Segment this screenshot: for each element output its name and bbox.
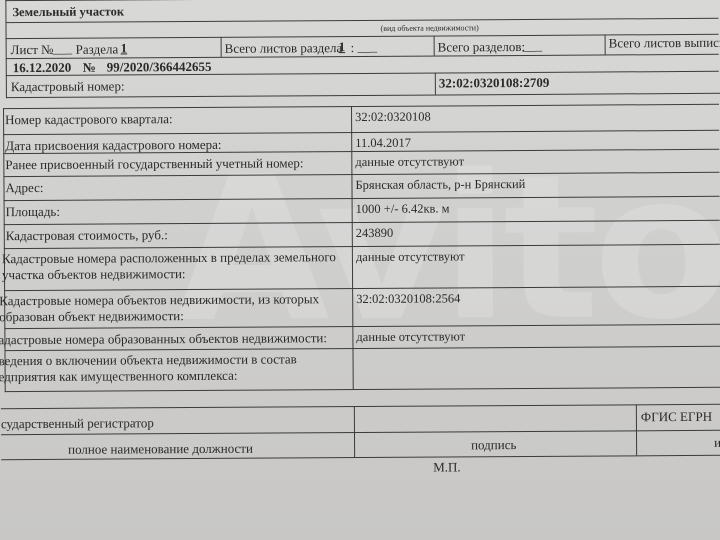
detail-value: данные отсутствуют — [356, 329, 465, 345]
registrar-title: сударственный регистратор — [1, 415, 154, 432]
sheets-in-section-suffix: : — [351, 40, 355, 56]
detail-value: 1000 +/- 6.42кв. м — [356, 201, 450, 217]
total-sheets-label: Всего листов выписк — [609, 35, 720, 52]
sheet-no-value: ___ — [53, 41, 73, 57]
record-number: 99/2020/366442655 — [107, 59, 212, 76]
detail-label: Номер кадастрового квартала: — [5, 111, 173, 128]
detail-label: ведения о включении объекта недвижимости… — [0, 351, 297, 385]
detail-label: адастровые номера образованных объектов … — [0, 330, 327, 348]
system-name: ФГИС ЕГРН — [641, 409, 712, 425]
detail-label-line: участка объектов недвижимости: — [2, 265, 336, 283]
sheet-no-label: Лист № — [11, 42, 54, 58]
object-type: Земельный участок — [12, 4, 124, 20]
total-sections-label: Всего разделов: — [438, 39, 526, 56]
cadastral-number-value: 32:02:0320108:2709 — [439, 75, 550, 92]
detail-value: 243890 — [356, 226, 394, 241]
detail-value: 32:02:0320108:2564 — [356, 291, 460, 307]
detail-label: Кадастровые номера объектов недвижимости… — [0, 291, 319, 325]
detail-value: 11.04.2017 — [355, 136, 411, 151]
total-sections-value: ___ — [523, 38, 543, 54]
object-type-caption: (вид объекта недвижимости) — [380, 23, 478, 33]
detail-value: Брянская область, р-н Брянский — [355, 177, 525, 193]
detail-row: Кадастровые номера объектов недвижимости… — [0, 286, 720, 328]
extract-date: 16.12.2020 — [13, 60, 72, 76]
detail-label-line: Кадастровые номера объектов недвижимости… — [0, 291, 319, 309]
section-label: Раздела — [76, 41, 119, 57]
signature-caption: подпись — [471, 437, 516, 453]
sheets-in-section-blank: ___ — [358, 39, 378, 55]
detail-label: Площадь: — [6, 204, 60, 220]
detail-label-line: Кадастровые номера расположенных в преде… — [2, 249, 336, 267]
detail-label-line: ведения о включении объекта недвижимости… — [0, 351, 297, 369]
detail-label: Ранее присвоенный государственный учетны… — [5, 155, 303, 173]
detail-label: Адрес: — [5, 180, 43, 196]
registrar-caption: полное наименование должности — [68, 441, 253, 458]
sheets-in-section-label: Всего листов раздела — [225, 40, 343, 57]
section-value: 1 — [121, 40, 128, 56]
number-sign: № — [83, 60, 96, 76]
detail-label: Кадастровые номера расположенных в преде… — [2, 249, 336, 283]
system-caption: и — [714, 435, 720, 451]
sheets-in-section-value: 1 — [339, 39, 346, 55]
detail-label: Кадастровая стоимость, руб.: — [6, 227, 168, 244]
detail-label-line: образован объект недвижимости: — [0, 307, 319, 325]
detail-row: Кадастровые номера расположенных в преде… — [0, 244, 720, 290]
detail-label-line: едприятия как имущественного комплекса: — [0, 367, 297, 385]
cadastral-number-label: Кадастровый номер: — [11, 78, 125, 95]
detail-value: 32:02:0320108 — [355, 110, 431, 125]
detail-value: данные отсутствуют — [356, 249, 465, 265]
stamp-mark: М.П. — [433, 459, 461, 475]
document-page: Avito Земельный участок (вид объекта нед… — [0, 0, 720, 540]
detail-row: ведения о включении объекта недвижимости… — [0, 346, 720, 392]
detail-value: данные отсутствуют — [355, 154, 464, 170]
